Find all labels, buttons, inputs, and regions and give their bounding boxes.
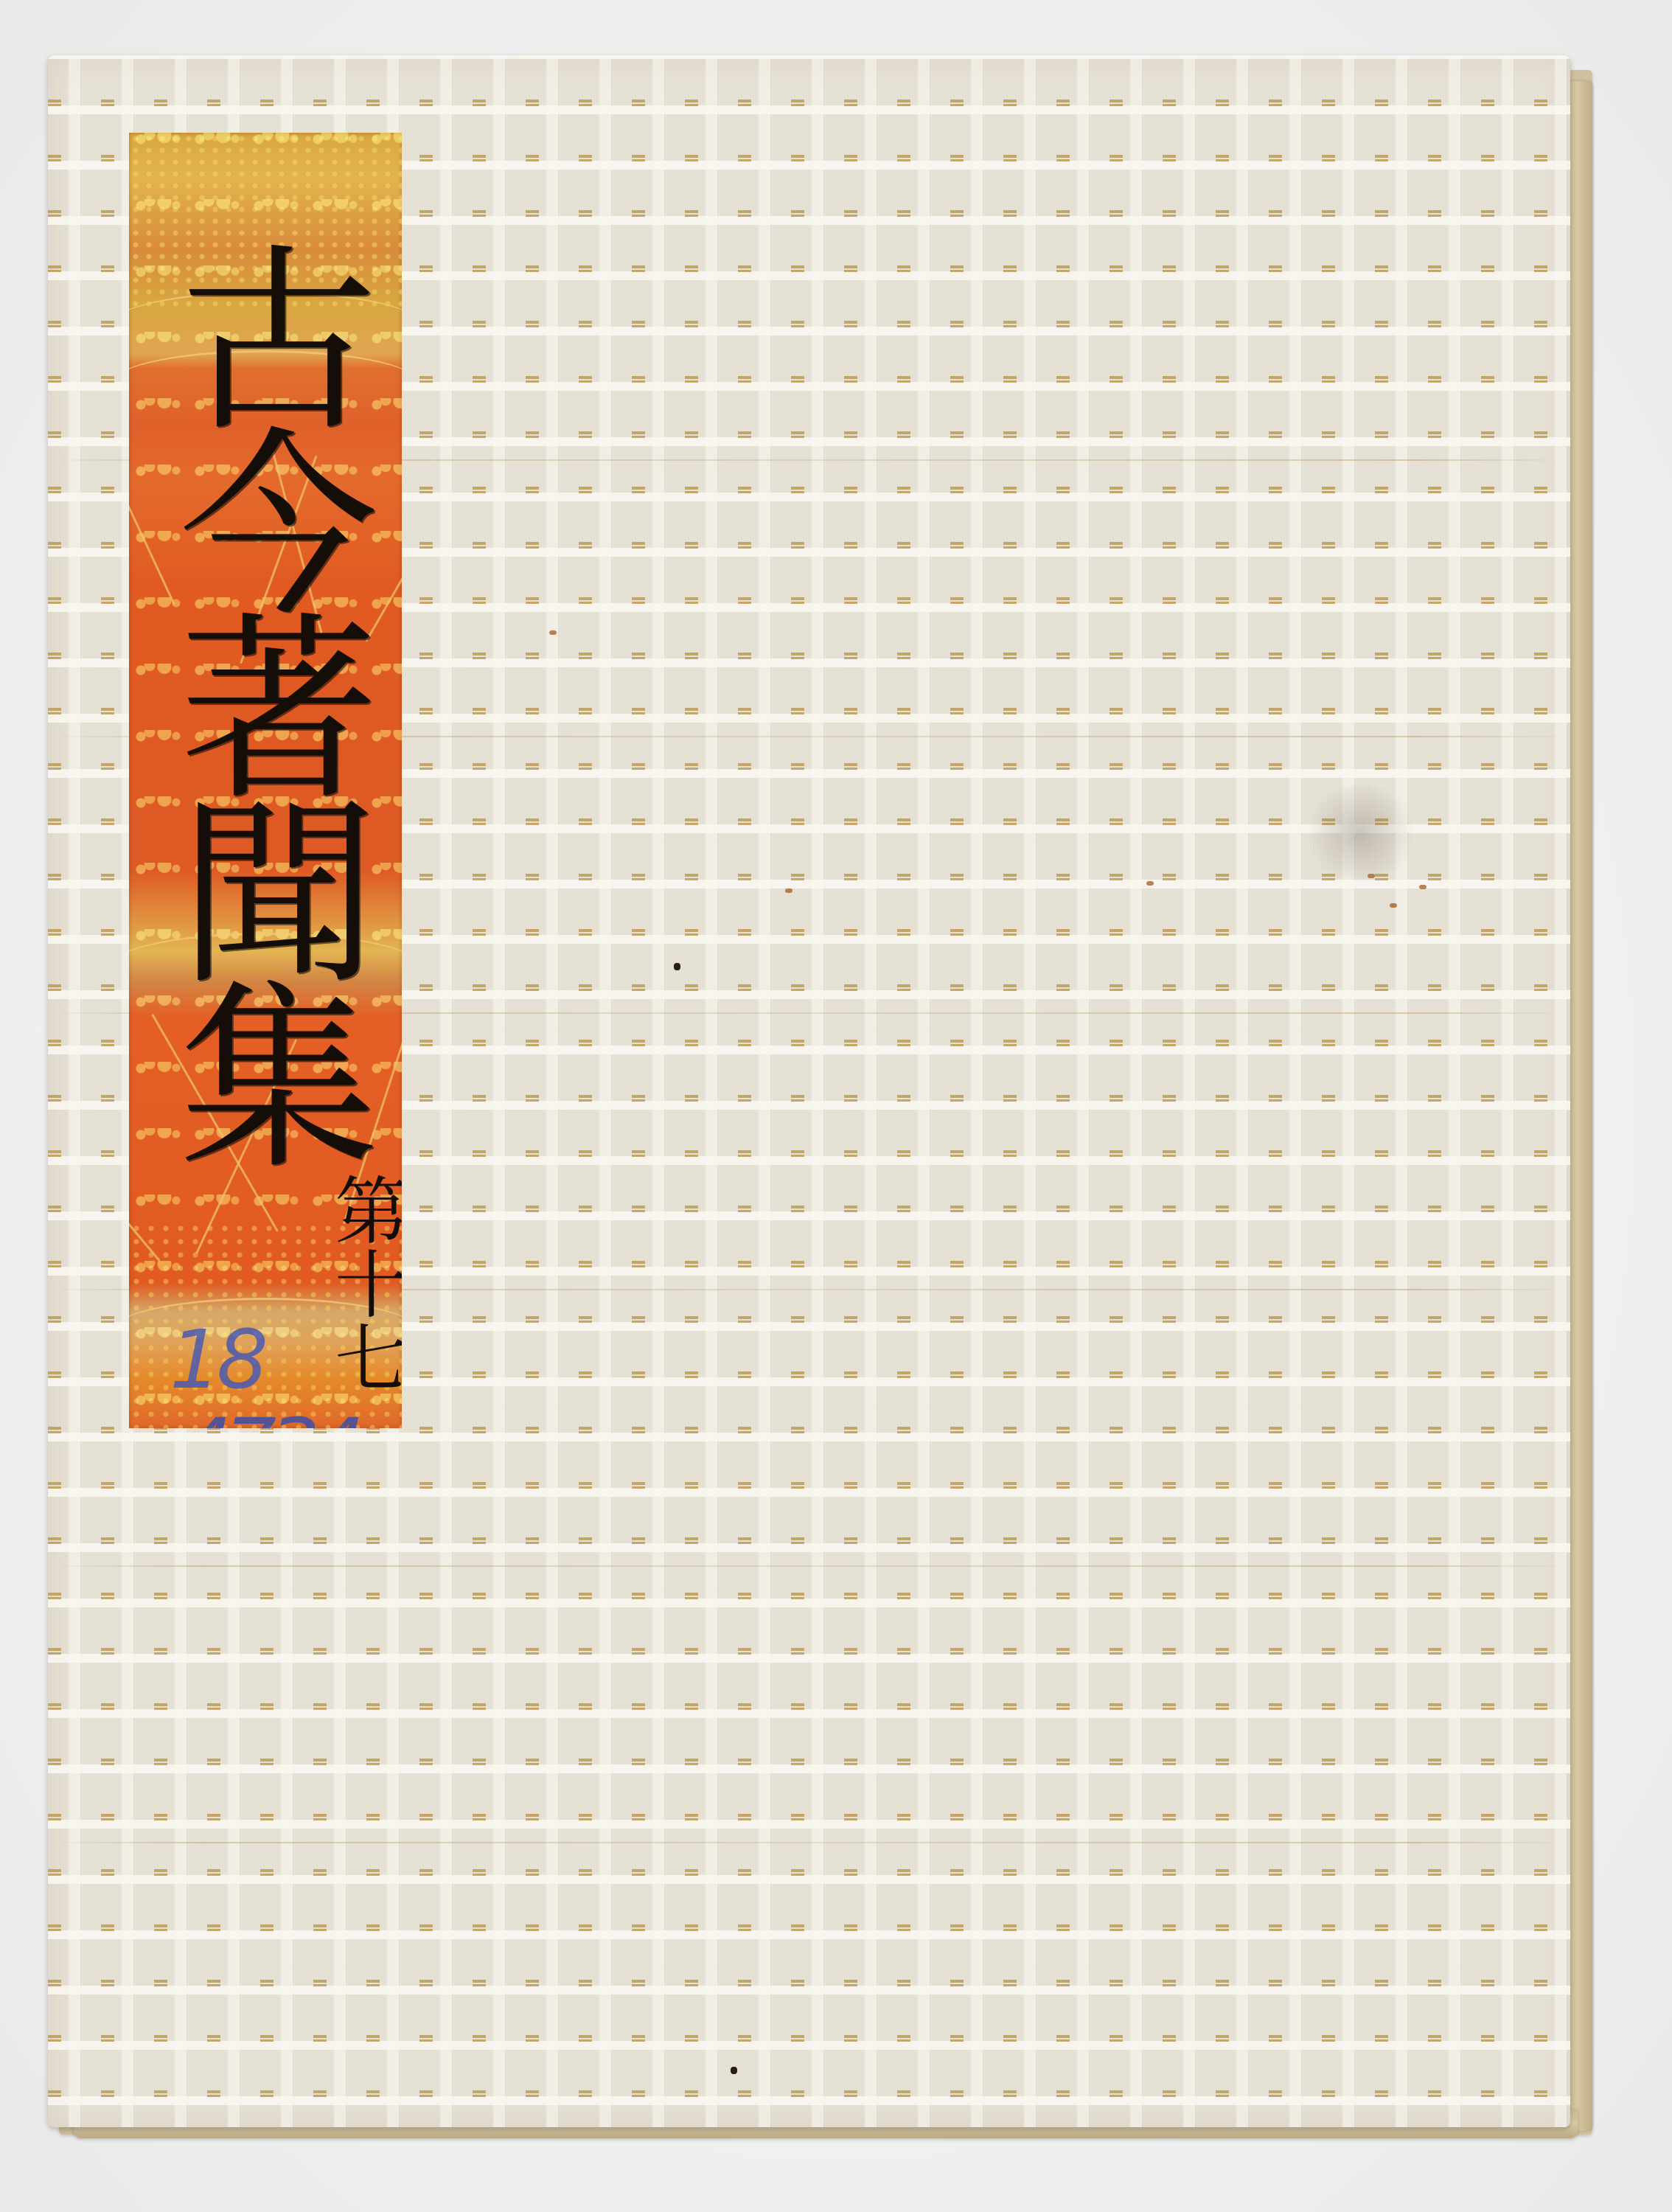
rust-speck xyxy=(1146,881,1154,886)
title-label: 古今著聞集 第十七 18 4734 xyxy=(129,133,402,1428)
dark-spot xyxy=(731,2067,737,2074)
rust-speck xyxy=(549,630,557,635)
rust-speck xyxy=(1390,903,1397,908)
dark-spot xyxy=(674,963,680,970)
inventory-mark-line-2: 4734 xyxy=(181,1401,358,1428)
stain-mark xyxy=(1301,785,1419,881)
volume-number: 第十七 xyxy=(324,1172,402,1394)
rust-speck xyxy=(1419,885,1427,889)
rust-speck xyxy=(1368,874,1375,878)
inventory-mark-line-1: 18 xyxy=(170,1312,264,1407)
rust-speck xyxy=(785,888,793,893)
book-title: 古今著聞集 xyxy=(159,236,372,1158)
weft-thread-line xyxy=(48,1842,1570,1843)
weft-thread-line xyxy=(48,1565,1570,1567)
book-cover: 古今著聞集 第十七 18 4734 xyxy=(48,55,1570,2127)
